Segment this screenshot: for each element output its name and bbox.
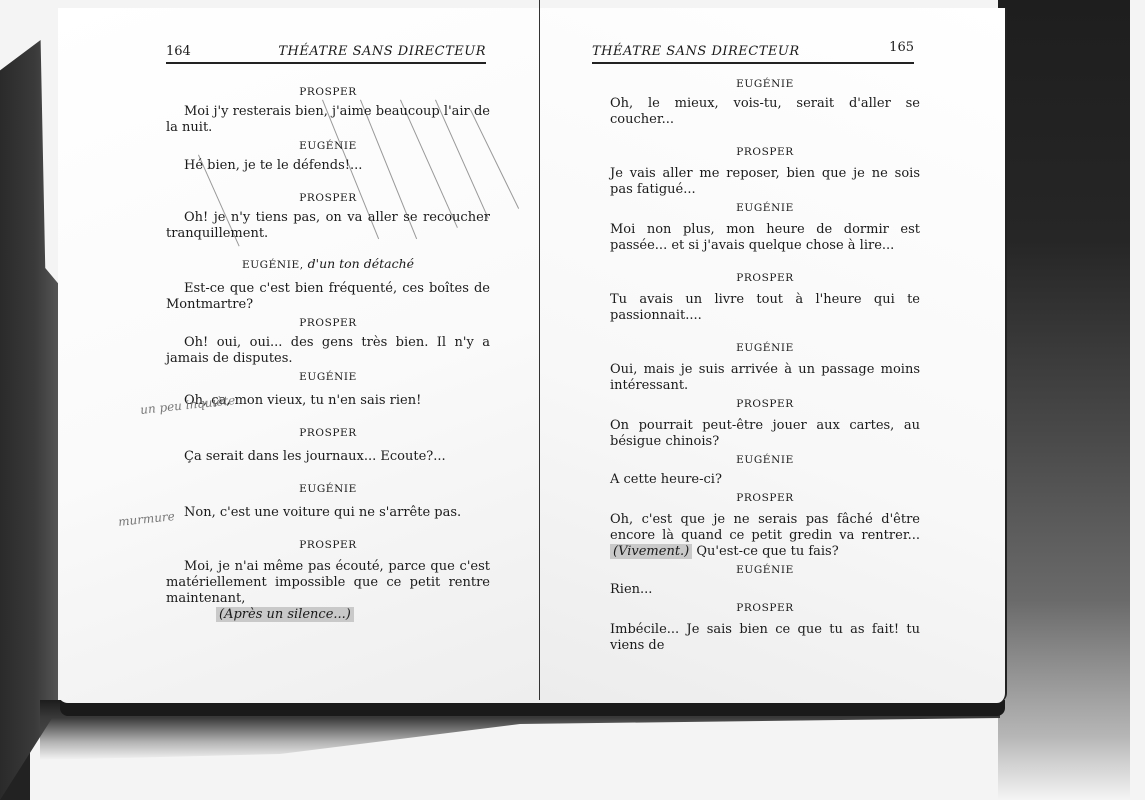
- speaker-name: PROSPER: [166, 192, 490, 204]
- dialogue-line: Est-ce que c'est bien fréquenté, ces boî…: [166, 281, 490, 313]
- speaker-name: EUGÉNIE,: [242, 259, 304, 271]
- page-number: 164: [166, 44, 191, 59]
- dialogue-line: Moi j'y resterais bien, j'aime beaucoup …: [166, 104, 490, 136]
- running-head-left: 164 THÉATRE SANS DIRECTEUR: [166, 44, 486, 64]
- dialogue-line: Oh, le mieux, vois-tu, serait d'aller se…: [610, 96, 920, 128]
- running-title: THÉATRE SANS DIRECTEUR: [278, 44, 486, 59]
- dialogue-line: A cette heure-ci?: [610, 472, 920, 488]
- highlighted-stage-direction: (Après un silence...): [216, 607, 354, 622]
- dialogue-line: On pourrait peut-être jouer aux cartes, …: [610, 418, 920, 450]
- speaker-name: EUGÉNIE: [166, 140, 490, 152]
- speaker-name: PROSPER: [610, 602, 920, 614]
- dialogue-line: Hé bien, je te le défends!...: [166, 158, 490, 174]
- speaker-name: EUGÉNIE: [166, 483, 490, 495]
- speaker-name: EUGÉNIE: [610, 564, 920, 576]
- dialogue-line: Oh! oui, oui... des gens très bien. Il n…: [166, 335, 490, 367]
- speaker-name: PROSPER: [610, 492, 920, 504]
- speaker-name: EUGÉNIE: [166, 371, 490, 383]
- dialogue-line: Tu avais un livre tout à l'heure qui te …: [610, 292, 920, 324]
- dialogue-text: Qu'est-ce que tu fais?: [696, 544, 838, 559]
- stage-direction: d'un ton détaché: [308, 256, 414, 271]
- dialogue-line: Oui, mais je suis arrivée à un passage m…: [610, 362, 920, 394]
- right-page-text: EUGÉNIE Oh, le mieux, vois-tu, serait d'…: [610, 78, 920, 658]
- speaker-name: PROSPER: [166, 317, 490, 329]
- highlighted-stage-direction: (Vivement.): [610, 544, 692, 559]
- dialogue-line: Oh, c'est que je ne serais pas fâché d'ê…: [610, 512, 920, 560]
- speaker-name: EUGÉNIE: [610, 342, 920, 354]
- page-number: 165: [889, 40, 914, 55]
- running-title: THÉATRE SANS DIRECTEUR: [592, 44, 800, 59]
- dialogue-line: Moi, je n'ai même pas écouté, parce que …: [166, 559, 490, 607]
- speaker-name: EUGÉNIE: [610, 78, 920, 90]
- speaker-name: PROSPER: [166, 86, 490, 98]
- scan-shadow-right: [998, 0, 1130, 800]
- speaker-name: PROSPER: [166, 539, 490, 551]
- speaker-name: EUGÉNIE: [610, 454, 920, 466]
- left-page-text: PROSPER Moi j'y resterais bien, j'aime b…: [166, 82, 490, 627]
- speaker-name: PROSPER: [610, 272, 920, 284]
- scan-shadow-left-edge: [0, 40, 58, 800]
- speaker-name: PROSPER: [610, 146, 920, 158]
- dialogue-line: Non, c'est une voiture qui ne s'arrête p…: [166, 505, 490, 521]
- dialogue-line: Imbécile... Je sais bien ce que tu as fa…: [610, 622, 920, 654]
- dialogue-text: Oh, c'est que je ne serais pas fâché d'ê…: [610, 512, 920, 543]
- dialogue-line: Je vais aller me reposer, bien que je ne…: [610, 166, 920, 198]
- speaker-name: PROSPER: [166, 427, 490, 439]
- running-head-right: THÉATRE SANS DIRECTEUR 165: [592, 44, 914, 64]
- book-spine: [539, 0, 540, 700]
- speaker-name: EUGÉNIE: [610, 202, 920, 214]
- dialogue-line: Ça serait dans les journaux... Ecoute?..…: [166, 449, 490, 465]
- dialogue-line: Rien...: [610, 582, 920, 598]
- speaker-name: PROSPER: [610, 398, 920, 410]
- speaker-heading: EUGÉNIE, d'un ton détaché: [166, 256, 490, 271]
- dialogue-line: Oh! je n'y tiens pas, on va aller se rec…: [166, 210, 490, 242]
- dialogue-line: Moi non plus, mon heure de dormir est pa…: [610, 222, 920, 254]
